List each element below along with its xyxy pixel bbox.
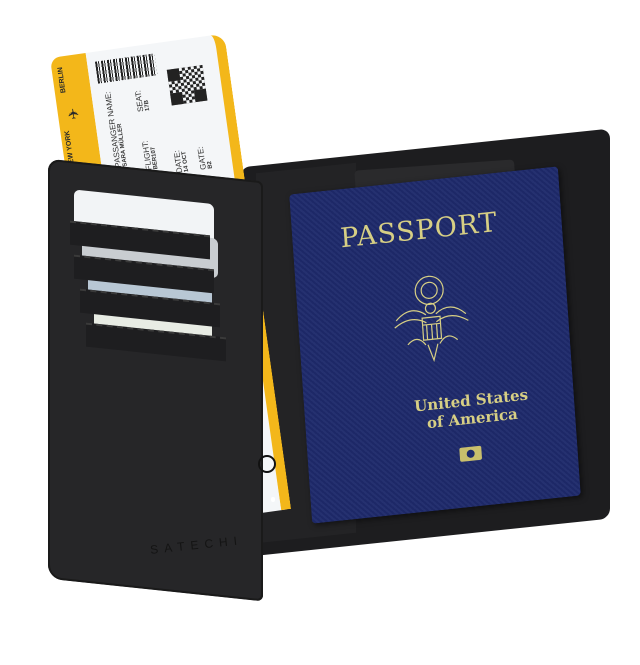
destination-city: BERLIN <box>57 67 68 94</box>
field-passenger: PASSANGER NAME: SARA MÜLLER <box>103 90 129 168</box>
barcode-icon <box>95 53 157 83</box>
qr-code-icon <box>167 65 208 106</box>
passport-country: United States of America <box>414 386 530 434</box>
passport-title: PASSPORT <box>339 207 498 254</box>
biometric-chip-icon <box>459 446 482 462</box>
field-flight: FLIGHT: BER107 <box>140 139 159 171</box>
passport: PASSPORT United States of America <box>289 166 581 523</box>
pen-loop-icon <box>258 455 276 473</box>
eagle-seal-icon <box>383 268 480 377</box>
airplane-icon: ✈ <box>65 107 83 121</box>
field-date: DATE: 14 OCT <box>172 149 190 174</box>
field-gate: GATE: B2 <box>196 145 214 170</box>
field-seat: SEAT: 17B <box>133 89 151 113</box>
pen-tip <box>271 497 275 502</box>
